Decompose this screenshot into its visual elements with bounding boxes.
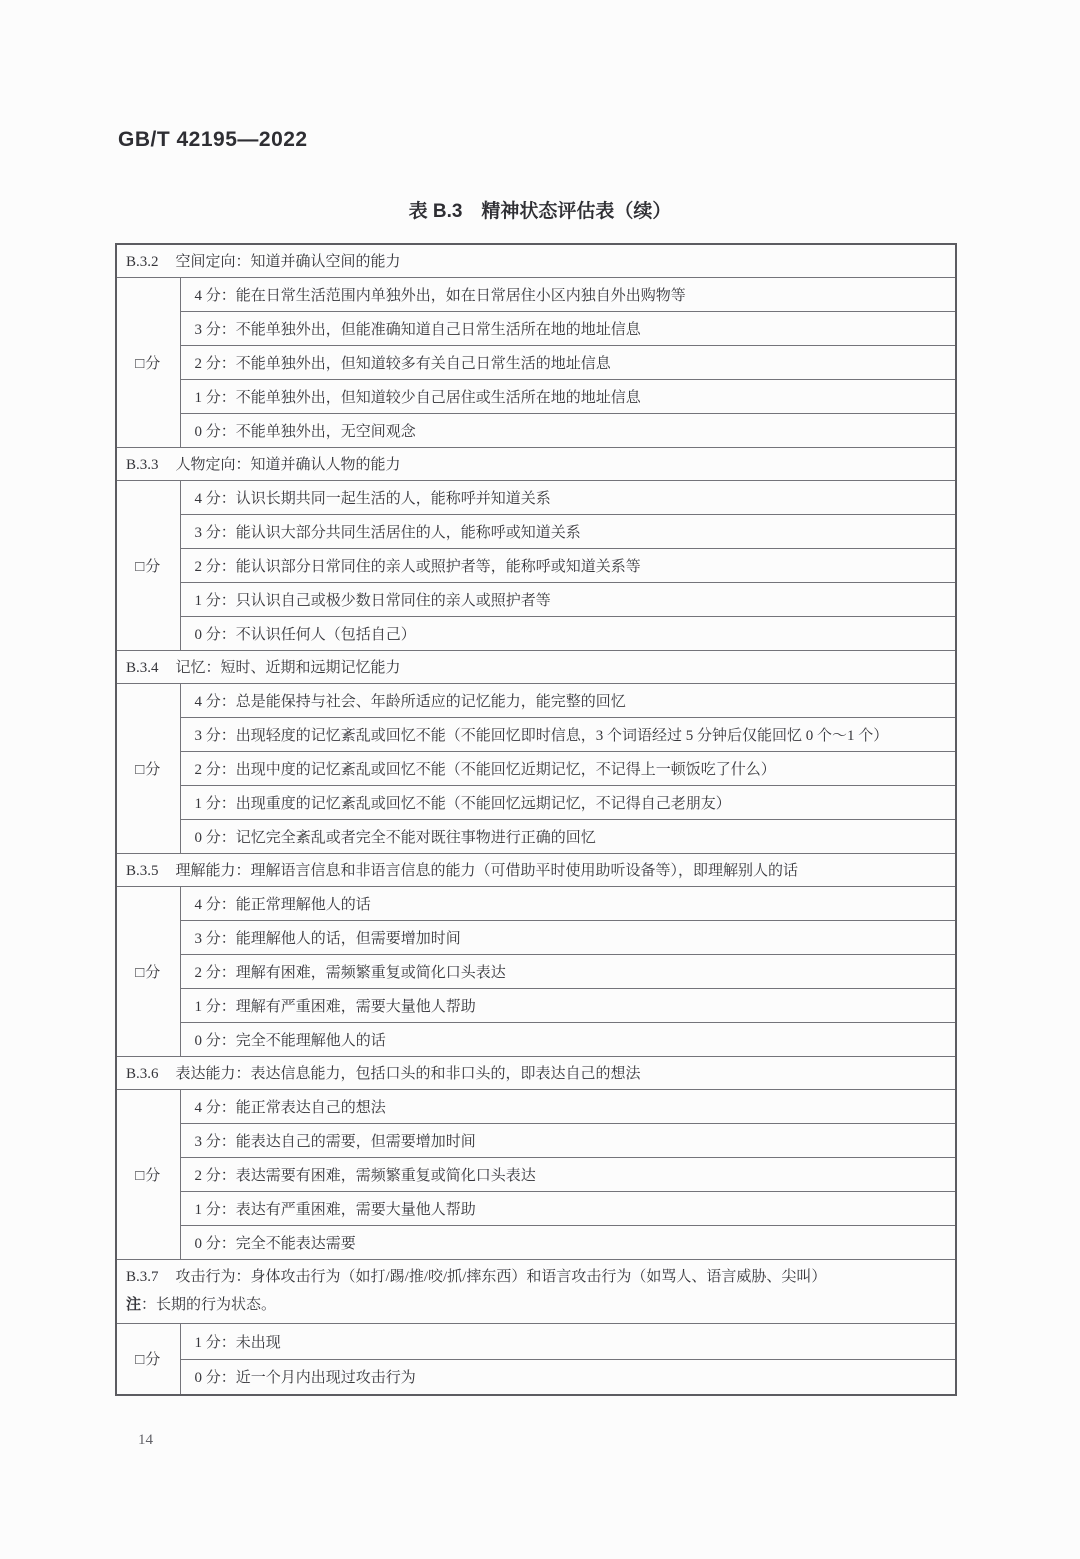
section-b3-6: B.3.6表达能力：表达信息能力，包括口头的和非口头的，即表达自己的想法 □分 … (116, 1056, 956, 1259)
score-option-row: 3 分：能表达自己的需要，但需要增加时间 (116, 1123, 956, 1157)
score-option: 1 分：理解有严重困难，需要大量他人帮助 (180, 988, 956, 1022)
score-option: 0 分：完全不能表达需要 (180, 1225, 956, 1259)
score-option: 0 分：完全不能理解他人的话 (180, 1022, 956, 1056)
section-title: 记忆：短时、近期和远期记忆能力 (176, 660, 401, 676)
score-option: 3 分：能认识大部分共同生活居住的人，能称呼或知道关系 (180, 514, 956, 548)
score-option-row: 3 分：能认识大部分共同生活居住的人，能称呼或知道关系 (116, 514, 956, 548)
score-option-row: 2 分：不能单独外出，但知道较多有关自己日常生活的地址信息 (116, 345, 956, 379)
score-option-row: 0 分：记忆完全紊乱或者完全不能对既往事物进行正确的回忆 (116, 819, 956, 853)
section-b3-3: B.3.3人物定向：知道并确认人物的能力 □分 4 分：认识长期共同一起生活的人… (116, 447, 956, 650)
score-option-row: □分 4 分：总是能保持与社会、年龄所适应的记忆能力，能完整的回忆 (116, 683, 956, 717)
score-option: 1 分：出现重度的记忆紊乱或回忆不能（不能回忆远期记忆，不记得自己老朋友） (180, 785, 956, 819)
score-option-row: 3 分：出现轻度的记忆紊乱或回忆不能（不能回忆即时信息，3 个词语经过 5 分钟… (116, 717, 956, 751)
table-caption: 表 B.3 精神状态评估表（续） (0, 196, 1080, 223)
score-option-row: □分 1 分：未出现 (116, 1323, 956, 1359)
score-box-label: □分 (135, 965, 161, 981)
section-title: 表达能力：表达信息能力，包括口头的和非口头的，即表达自己的想法 (176, 1066, 641, 1082)
score-option: 4 分：认识长期共同一起生活的人，能称呼并知道关系 (180, 480, 956, 514)
score-option: 4 分：能在日常生活范围内单独外出，如在日常居住小区内独自外出购物等 (180, 277, 956, 311)
section-header-cell: B.3.5理解能力：理解语言信息和非语言信息的能力（可借助平时使用助听设备等），… (116, 853, 956, 886)
section-b3-4: B.3.4记忆：短时、近期和远期记忆能力 □分 4 分：总是能保持与社会、年龄所… (116, 650, 956, 853)
section-id: B.3.4 (126, 660, 159, 677)
note-text: ：长期的行为状态。 (141, 1297, 276, 1313)
score-option-row: 1 分：理解有严重困难，需要大量他人帮助 (116, 988, 956, 1022)
standard-number: GB/T 42195—2022 (118, 128, 308, 152)
score-option-row: 2 分：表达需要有困难，需频繁重复或简化口头表达 (116, 1157, 956, 1191)
score-option: 3 分：出现轻度的记忆紊乱或回忆不能（不能回忆即时信息，3 个词语经过 5 分钟… (180, 717, 956, 751)
section-header-cell: B.3.2空间定向：知道并确认空间的能力 (116, 244, 956, 277)
score-entry-cell: □分 (116, 480, 180, 650)
section-title: 理解能力：理解语言信息和非语言信息的能力（可借助平时使用助听设备等），即理解别人… (176, 863, 799, 879)
section-header-row: B.3.7攻击行为：身体攻击行为（如打/踢/推/咬/抓/摔东西）和语言攻击行为（… (116, 1259, 956, 1323)
score-option-row: 2 分：能认识部分日常同住的亲人或照护者等，能称呼或知道关系等 (116, 548, 956, 582)
score-option: 3 分：能表达自己的需要，但需要增加时间 (180, 1123, 956, 1157)
score-option: 1 分：只认识自己或极少数日常同住的亲人或照护者等 (180, 582, 956, 616)
score-option-row: 0 分：不认识任何人（包括自己） (116, 616, 956, 650)
section-header-row: B.3.3人物定向：知道并确认人物的能力 (116, 447, 956, 480)
score-entry-cell: □分 (116, 277, 180, 447)
score-option: 2 分：不能单独外出，但知道较多有关自己日常生活的地址信息 (180, 345, 956, 379)
score-option: 3 分：能理解他人的话，但需要增加时间 (180, 920, 956, 954)
score-option: 1 分：未出现 (180, 1323, 956, 1359)
score-box-label: □分 (135, 1168, 161, 1184)
score-option-row: 2 分：出现中度的记忆紊乱或回忆不能（不能回忆近期记忆，不记得上一顿饭吃了什么） (116, 751, 956, 785)
section-header-cell: B.3.7攻击行为：身体攻击行为（如打/踢/推/咬/抓/摔东西）和语言攻击行为（… (116, 1259, 956, 1323)
score-option: 1 分：表达有严重困难，需要大量他人帮助 (180, 1191, 956, 1225)
score-box-label: □分 (135, 762, 161, 778)
section-note: 注：长期的行为状态。 (126, 1291, 947, 1319)
assessment-table: B.3.2空间定向：知道并确认空间的能力 □分 4 分：能在日常生活范围内单独外… (115, 243, 957, 1396)
score-option: 1 分：不能单独外出，但知道较少自己居住或生活所在地的地址信息 (180, 379, 956, 413)
score-option-row: 2 分：理解有困难，需频繁重复或简化口头表达 (116, 954, 956, 988)
score-option-row: □分 4 分：能正常表达自己的想法 (116, 1089, 956, 1123)
section-header-cell: B.3.6表达能力：表达信息能力，包括口头的和非口头的，即表达自己的想法 (116, 1056, 956, 1089)
score-option-row: 0 分：完全不能表达需要 (116, 1225, 956, 1259)
score-option: 2 分：出现中度的记忆紊乱或回忆不能（不能回忆近期记忆，不记得上一顿饭吃了什么） (180, 751, 956, 785)
section-header-row: B.3.6表达能力：表达信息能力，包括口头的和非口头的，即表达自己的想法 (116, 1056, 956, 1089)
score-option-row: 0 分：完全不能理解他人的话 (116, 1022, 956, 1056)
page-number: 14 (138, 1432, 153, 1449)
section-b3-5: B.3.5理解能力：理解语言信息和非语言信息的能力（可借助平时使用助听设备等），… (116, 853, 956, 1056)
scanned-document-page: GB/T 42195—2022 表 B.3 精神状态评估表（续） B.3.2空间… (0, 0, 1080, 1559)
score-option-row: 3 分：不能单独外出，但能准确知道自己日常生活所在地的地址信息 (116, 311, 956, 345)
score-option: 0 分：记忆完全紊乱或者完全不能对既往事物进行正确的回忆 (180, 819, 956, 853)
section-title-line: B.3.7攻击行为：身体攻击行为（如打/踢/推/咬/抓/摔东西）和语言攻击行为（… (126, 1263, 947, 1291)
score-entry-cell: □分 (116, 683, 180, 853)
score-option-row: □分 4 分：认识长期共同一起生活的人，能称呼并知道关系 (116, 480, 956, 514)
section-id: B.3.3 (126, 457, 159, 474)
section-header-row: B.3.5理解能力：理解语言信息和非语言信息的能力（可借助平时使用助听设备等），… (116, 853, 956, 886)
score-entry-cell: □分 (116, 1089, 180, 1259)
score-option-row: 0 分：近一个月内出现过攻击行为 (116, 1359, 956, 1395)
section-header-cell: B.3.4记忆：短时、近期和远期记忆能力 (116, 650, 956, 683)
score-option-row: □分 4 分：能正常理解他人的话 (116, 886, 956, 920)
score-option-row: 1 分：不能单独外出，但知道较少自己居住或生活所在地的地址信息 (116, 379, 956, 413)
section-header-cell: B.3.3人物定向：知道并确认人物的能力 (116, 447, 956, 480)
section-id: B.3.2 (126, 254, 159, 271)
score-entry-cell: □分 (116, 886, 180, 1056)
score-option-row: 1 分：出现重度的记忆紊乱或回忆不能（不能回忆远期记忆，不记得自己老朋友） (116, 785, 956, 819)
score-option: 0 分：不认识任何人（包括自己） (180, 616, 956, 650)
score-option-row: □分 4 分：能在日常生活范围内单独外出，如在日常居住小区内独自外出购物等 (116, 277, 956, 311)
score-option: 2 分：能认识部分日常同住的亲人或照护者等，能称呼或知道关系等 (180, 548, 956, 582)
section-header-row: B.3.2空间定向：知道并确认空间的能力 (116, 244, 956, 277)
section-b3-2: B.3.2空间定向：知道并确认空间的能力 □分 4 分：能在日常生活范围内单独外… (116, 244, 956, 447)
score-entry-cell: □分 (116, 1323, 180, 1395)
score-option: 4 分：总是能保持与社会、年龄所适应的记忆能力，能完整的回忆 (180, 683, 956, 717)
score-option-row: 1 分：只认识自己或极少数日常同住的亲人或照护者等 (116, 582, 956, 616)
section-id: B.3.5 (126, 863, 159, 880)
score-option-row: 0 分：不能单独外出，无空间观念 (116, 413, 956, 447)
score-box-label: □分 (135, 356, 161, 372)
score-option: 0 分：近一个月内出现过攻击行为 (180, 1359, 956, 1395)
section-header-row: B.3.4记忆：短时、近期和远期记忆能力 (116, 650, 956, 683)
section-title: 攻击行为：身体攻击行为（如打/踢/推/咬/抓/摔东西）和语言攻击行为（如骂人、语… (176, 1269, 827, 1285)
score-option: 2 分：表达需要有困难，需频繁重复或简化口头表达 (180, 1157, 956, 1191)
section-title: 人物定向：知道并确认人物的能力 (176, 457, 401, 473)
score-box-label: □分 (135, 559, 161, 575)
section-b3-7: B.3.7攻击行为：身体攻击行为（如打/踢/推/咬/抓/摔东西）和语言攻击行为（… (116, 1259, 956, 1395)
score-option: 3 分：不能单独外出，但能准确知道自己日常生活所在地的地址信息 (180, 311, 956, 345)
score-box-label: □分 (135, 1352, 161, 1368)
score-option: 0 分：不能单独外出，无空间观念 (180, 413, 956, 447)
section-id: B.3.6 (126, 1066, 159, 1083)
score-option: 2 分：理解有困难，需频繁重复或简化口头表达 (180, 954, 956, 988)
section-id: B.3.7 (126, 1263, 159, 1291)
score-option: 4 分：能正常理解他人的话 (180, 886, 956, 920)
note-label: 注 (126, 1297, 141, 1313)
score-option-row: 3 分：能理解他人的话，但需要增加时间 (116, 920, 956, 954)
score-option-row: 1 分：表达有严重困难，需要大量他人帮助 (116, 1191, 956, 1225)
section-title: 空间定向：知道并确认空间的能力 (176, 254, 401, 270)
score-option: 4 分：能正常表达自己的想法 (180, 1089, 956, 1123)
